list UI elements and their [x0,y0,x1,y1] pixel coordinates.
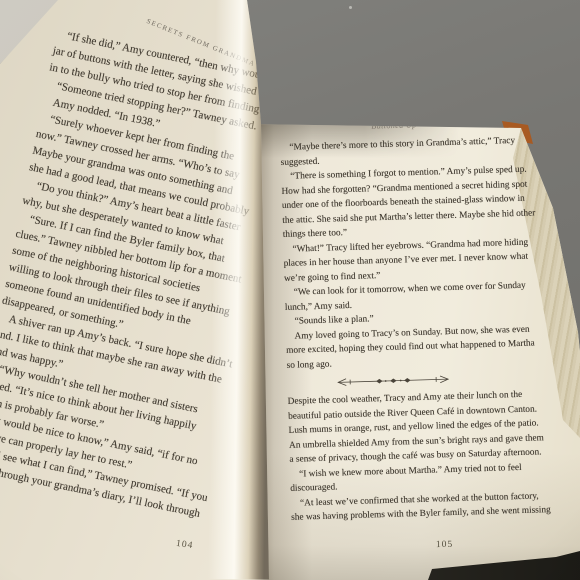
right-text-top: “Maybe there’s more to this story in Gra… [280,133,557,373]
dust-speck [349,6,352,9]
right-page-text: “Maybe there’s more to this story in Gra… [280,133,561,525]
right-page-number: 105 [436,540,453,550]
open-book-photo: Buttoned Up “Maybe there’s more to this … [0,0,580,580]
right-text-bottom: Despite the cool weather, Tracy and Amy … [288,387,562,525]
scene-divider-ornament [333,374,453,388]
